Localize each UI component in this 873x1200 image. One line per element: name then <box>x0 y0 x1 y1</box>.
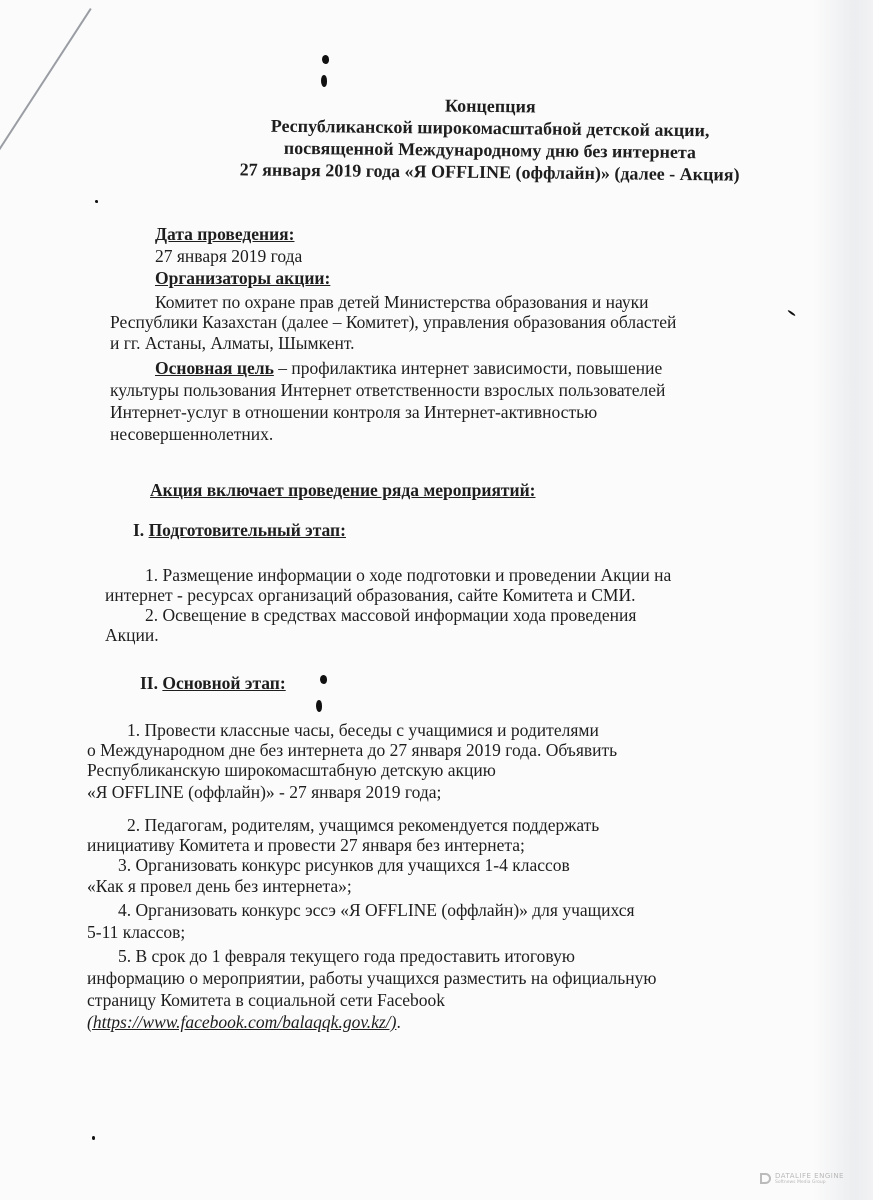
stage2-item-cont: 5-11 классов; <box>87 922 185 942</box>
stage2-number: II. <box>140 673 158 693</box>
goal-line: культуры пользования Интернет ответствен… <box>110 380 665 400</box>
organizers-line: и гг. Астаны, Алматы, Шымкент. <box>110 333 355 353</box>
stage1-number: I. <box>133 520 144 540</box>
stage2-item: 1. Провести классные часы, беседы с учащ… <box>127 720 599 740</box>
stage1-item: 1. Размещение информации о ходе подготов… <box>145 565 671 585</box>
ink-speck <box>92 1136 95 1140</box>
scan-artifact-line <box>0 8 92 202</box>
stage2-item-cont: о Международном дне без интернета до 27 … <box>87 740 617 760</box>
stage1-item-cont: интернет - ресурсах организаций образова… <box>105 585 635 605</box>
ink-speck <box>316 700 322 712</box>
stage1-item: 2. Освещение в средствах массовой информ… <box>145 605 636 625</box>
stage1-item-cont: Акции. <box>105 625 159 645</box>
stage2-item: 2. Педагогам, родителям, учащимся рекоме… <box>127 815 599 835</box>
stage1-title: Подготовительный этап: <box>149 520 346 540</box>
stage2-item-cont: инициативу Комитета и провести 27 января… <box>87 835 525 855</box>
stage2-item-cont: страницу Комитета в социальной сети Face… <box>87 990 445 1010</box>
stage2-item: 4. Организовать конкурс эссэ «Я OFFLINE … <box>118 900 635 920</box>
organizers-heading: Организаторы акции: <box>155 268 330 288</box>
goal-heading: Основная цель <box>155 358 274 378</box>
ink-speck <box>322 55 329 64</box>
link-suffix: . <box>396 1012 400 1032</box>
date-heading: Дата проведения: <box>155 224 294 244</box>
stage2-item-cont: информацию о мероприятии, работы учащихс… <box>87 968 656 988</box>
date-value: 27 января 2019 года <box>155 246 302 266</box>
goal-line: несовершеннолетних. <box>110 424 273 444</box>
ink-speck <box>320 675 327 684</box>
organizers-line: Комитет по охране прав детей Министерств… <box>155 292 765 312</box>
stage2-heading: II. Основной этап: <box>140 673 286 693</box>
stage2-title: Основной этап: <box>162 673 285 693</box>
facebook-link[interactable]: (https://www.facebook.com/balaqqk.gov.kz… <box>87 1012 396 1032</box>
organizers-line: Республики Казахстан (далее – Комитет), … <box>110 312 765 332</box>
title-line: 27 января 2019 года «Я OFFLINE (оффлайн)… <box>200 158 780 186</box>
ink-speck <box>95 200 98 203</box>
stage1-heading: I. Подготовительный этап: <box>133 520 346 540</box>
events-heading: Акция включает проведение ряда мероприят… <box>150 480 536 500</box>
document-title: Концепция Республиканской широкомасштабн… <box>200 92 781 186</box>
goal-line: Интернет-услуг в отношении контроля за И… <box>110 402 597 422</box>
stage2-item-cont: Республиканскую широкомасштабную детскую… <box>87 760 496 780</box>
stage2-item-cont: «Как я провел день без интернета»; <box>87 876 352 896</box>
facebook-link-line: (https://www.facebook.com/balaqqk.gov.kz… <box>87 1012 401 1032</box>
scanned-document-page: Концепция Республиканской широкомасштабн… <box>0 0 873 1200</box>
datalife-logo-icon <box>760 1173 771 1184</box>
stage2-item-cont: «Я OFFLINE (оффлайн)» - 27 января 2019 г… <box>87 782 441 802</box>
watermark-brand: DATALIFE ENGINE <box>775 1172 844 1180</box>
scan-edge-shadow <box>813 0 873 1200</box>
ink-speck <box>787 310 796 317</box>
watermark-sub: Softnews Media Group <box>775 1180 844 1185</box>
organizers-text: Комитет по охране прав детей Министерств… <box>155 292 649 312</box>
stage2-item: 3. Организовать конкурс рисунков для уча… <box>118 855 570 875</box>
stage2-item: 5. В срок до 1 февраля текущего года пре… <box>118 946 575 966</box>
goal-first-line: Основная цель – профилактика интернет за… <box>155 358 662 378</box>
goal-text: – профилактика интернет зависимости, пов… <box>274 358 662 378</box>
watermark: DATALIFE ENGINE Softnews Media Group <box>760 1172 844 1185</box>
ink-speck <box>321 75 327 87</box>
